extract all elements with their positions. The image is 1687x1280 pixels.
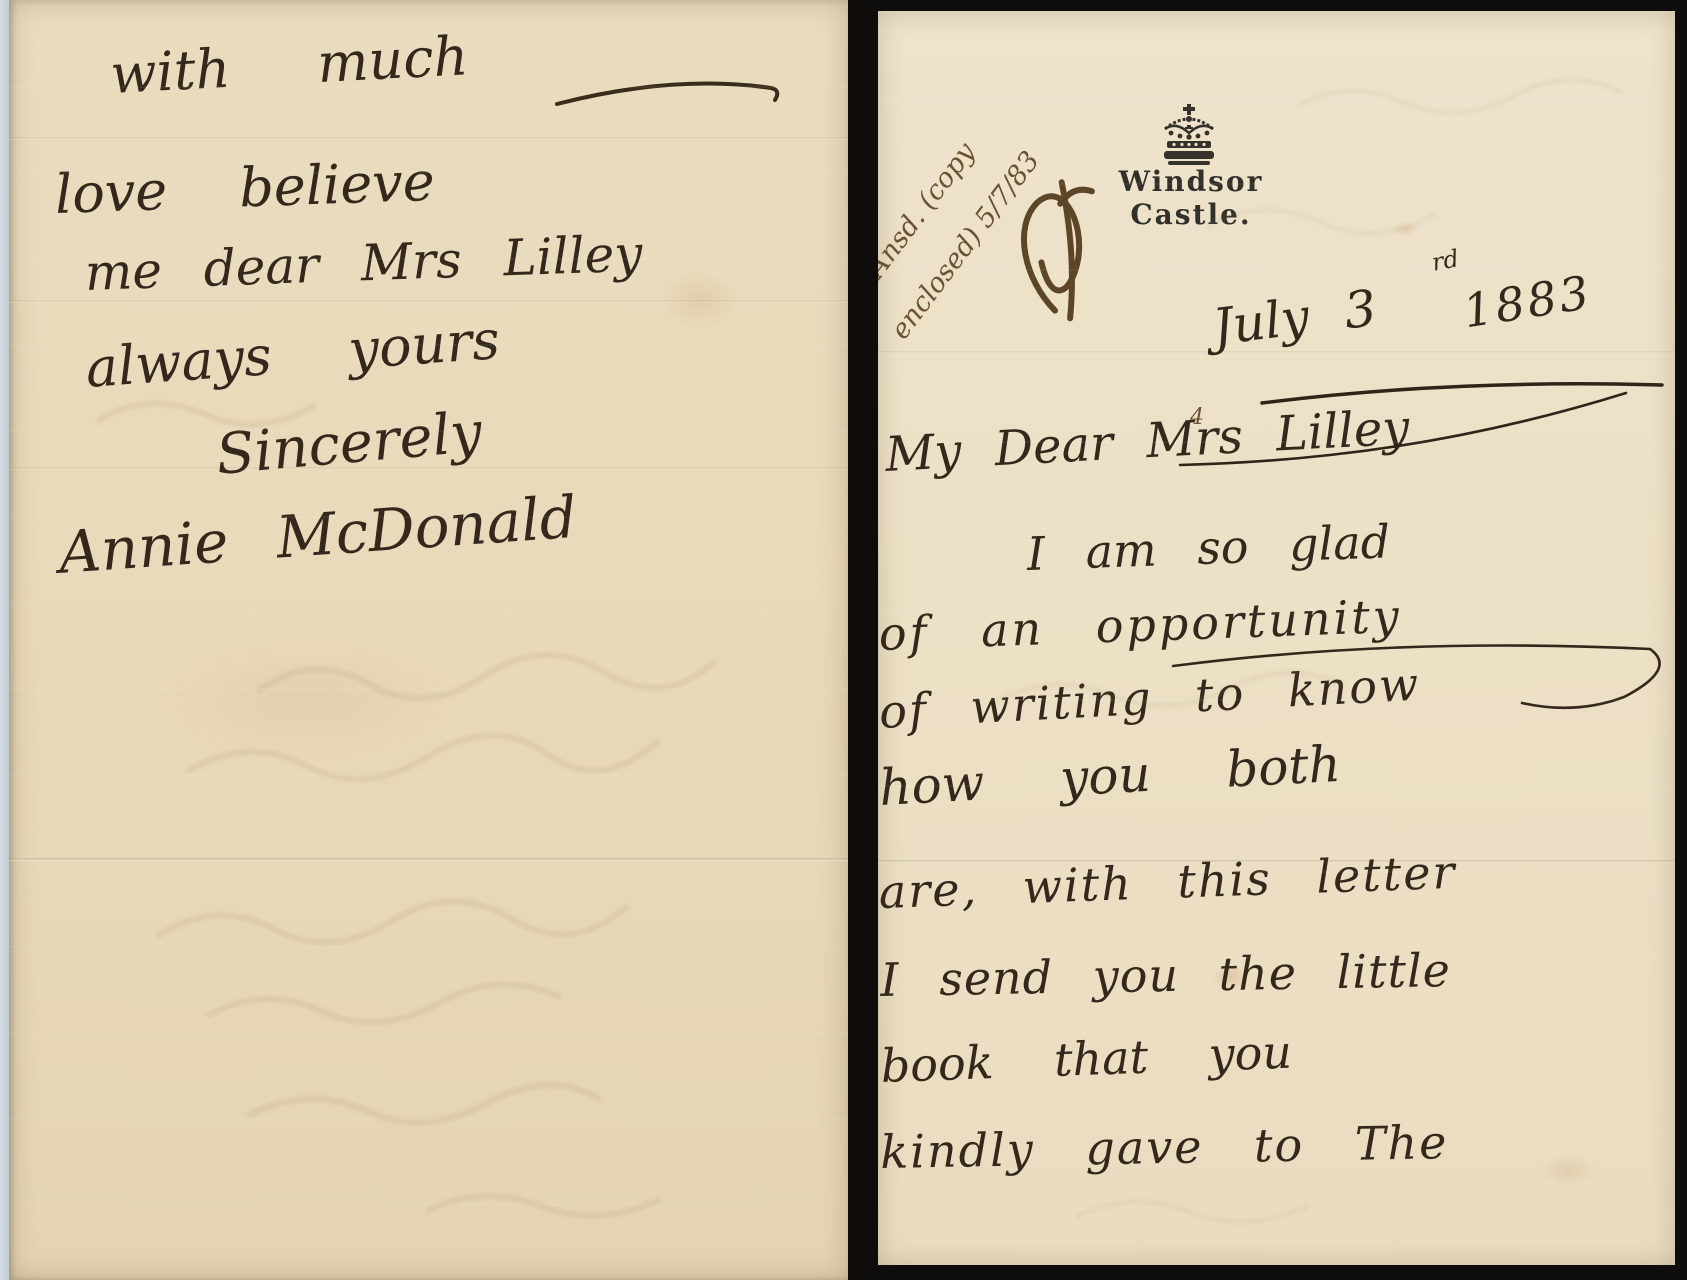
closing-line: love believe xyxy=(54,155,436,222)
body-line: of an opportunity xyxy=(878,593,1403,657)
closing-line: Sincerely xyxy=(214,405,484,484)
body-line: I send you the little xyxy=(880,947,1451,1003)
date-ordinal-mark: rd xyxy=(1430,246,1461,274)
body-line: how you both xyxy=(878,739,1342,813)
letterhead-windsor-castle: Windsor Castle. xyxy=(1056,165,1326,231)
closing-line: with much xyxy=(109,29,469,102)
fold-crease xyxy=(9,300,848,303)
date-year: 1883 xyxy=(1460,269,1595,335)
date-month-day: July 3 xyxy=(1210,283,1379,353)
closing-line: always yours xyxy=(84,313,501,396)
letter-page-left: with much love believe me dear Mrs Lille… xyxy=(9,0,848,1280)
body-line: book that you xyxy=(880,1029,1293,1089)
body-line: I am so glad xyxy=(1026,518,1391,577)
salutation: My Dear Mrs Lilley xyxy=(884,404,1410,479)
letter-page-right: Ansd. (copy enclosed) 5/7/83 xyxy=(878,11,1675,1265)
letter-scan: with much love believe me dear Mrs Lille… xyxy=(0,0,1687,1280)
fold-crease xyxy=(9,137,848,140)
body-line: kindly gave to The xyxy=(880,1119,1449,1175)
fold-crease xyxy=(878,351,1675,354)
closing-line: me dear Mrs Lilley xyxy=(84,229,643,298)
signature-annie-mcdonald: Annie McDonald xyxy=(57,488,579,582)
crown-icon xyxy=(1158,103,1220,167)
body-line: of writing to know xyxy=(878,661,1421,735)
body-line: are, with this letter xyxy=(878,849,1457,915)
scanner-edge-sliver xyxy=(0,0,9,1280)
fold-crease xyxy=(9,858,848,861)
